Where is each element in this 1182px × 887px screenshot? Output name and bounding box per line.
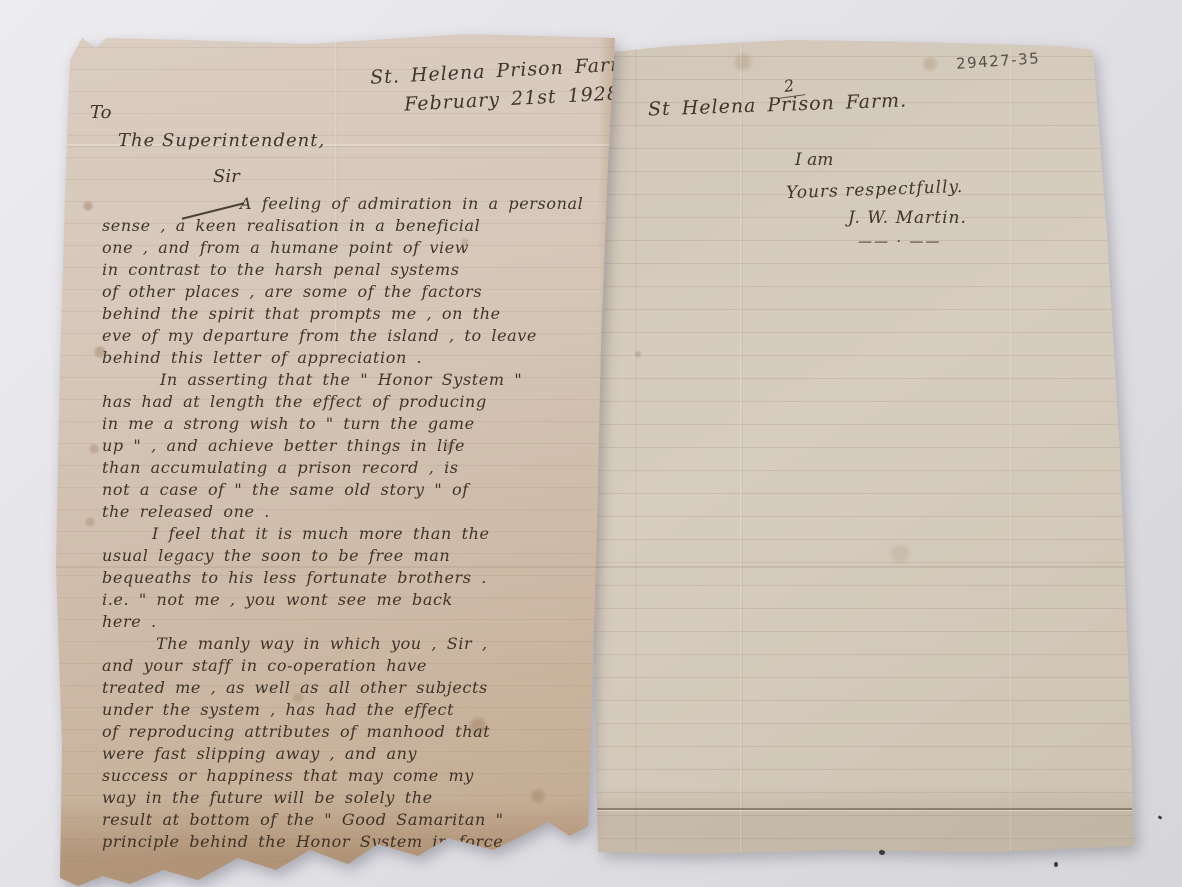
page-2-vertical-crease-1 — [740, 34, 743, 856]
handwritten-line: success or happiness that may come my — [102, 766, 602, 788]
handwritten-line: The manly way in which you , Sir , — [102, 634, 602, 656]
letter-body: A feeling of admiration in a personalsen… — [102, 194, 602, 854]
letter-page-1: St. Helena Prison Farm February 21st 192… — [48, 26, 620, 887]
handwritten-line: in me a strong wish to " turn the game — [102, 414, 602, 436]
letterhead-date: February 21st 1928 — [404, 82, 621, 115]
handwritten-line: under the system , has had the effect — [102, 700, 602, 722]
salutation: Sir — [213, 166, 240, 187]
handwritten-line: one , and from a humane point of view — [102, 238, 602, 260]
handwritten-line: and your staff in co-operation have — [102, 656, 602, 678]
handwritten-line: principle behind the Honor System in for… — [102, 832, 602, 854]
paragraph-1: A feeling of admiration in a personalsen… — [102, 194, 602, 370]
archive-reference-number: 29427-35 — [955, 49, 1040, 73]
handwritten-line: behind the spirit that prompts me , on t… — [102, 304, 602, 326]
paragraph-3: I feel that it is much more than theusua… — [102, 524, 602, 634]
handwritten-line: of reproducing attributes of manhood tha… — [102, 722, 602, 744]
handwritten-line: A feeling of admiration in a personal — [102, 194, 602, 216]
page-2-vertical-crease-3 — [635, 34, 637, 856]
recipient-line: The Superintendent, — [118, 130, 325, 151]
handwritten-line: than accumulating a prison record , is — [102, 458, 602, 480]
handwritten-line: the released one . — [102, 502, 602, 524]
paragraph-4: The manly way in which you , Sir ,and yo… — [102, 634, 602, 854]
handwritten-line: of other places , are some of the factor… — [102, 282, 602, 304]
signature: J. W. Martin. — [848, 208, 967, 228]
handwritten-line: i.e. " not me , you wont see me back — [102, 590, 602, 612]
document-photo: St. Helena Prison Farm February 21st 192… — [0, 0, 1182, 887]
handwritten-line: has had at length the effect of producin… — [102, 392, 602, 414]
closing-line-2: Yours respectfully. — [786, 177, 964, 203]
handwritten-line: bequeaths to his less fortunate brothers… — [102, 568, 602, 590]
handwritten-line: sense , a keen realisation in a benefici… — [102, 216, 602, 238]
handwritten-line: in contrast to the harsh penal systems — [102, 260, 602, 282]
ink-speck — [1053, 862, 1058, 868]
handwritten-line: eve of my departure from the island , to… — [102, 326, 602, 348]
page-2-letterhead: St Helena Prison Farm. — [648, 89, 908, 120]
letter-page-2: 29427-35 2 St Helena Prison Farm. I am Y… — [590, 34, 1140, 856]
handwritten-line: In asserting that the " Honor System " — [102, 370, 602, 392]
page-1-paper: St. Helena Prison Farm February 21st 192… — [48, 26, 620, 887]
ink-speck — [1158, 815, 1163, 820]
handwritten-line: usual legacy the soon to be free man — [102, 546, 602, 568]
page-2-vertical-crease-2 — [1010, 34, 1013, 856]
page-2-paper: 29427-35 2 St Helena Prison Farm. I am Y… — [590, 34, 1140, 856]
closing-line-1: I am — [795, 150, 833, 170]
page-2-fold-line-bottom — [594, 808, 1132, 810]
handwritten-line: were fast slipping away , and any — [102, 744, 602, 766]
page-2-horizontal-crease-mid — [594, 566, 1128, 568]
handwritten-line: up " , and achieve better things in life — [102, 436, 602, 458]
paragraph-2: In asserting that the " Honor System "ha… — [102, 370, 602, 524]
handwritten-line: behind this letter of appreciation . — [102, 348, 602, 370]
handwritten-line: I feel that it is much more than the — [102, 524, 602, 546]
signature-flourish: —— · —— — [858, 234, 941, 250]
handwritten-line: treated me , as well as all other subjec… — [102, 678, 602, 700]
handwritten-line: result at bottom of the " Good Samaritan… — [102, 810, 602, 832]
handwritten-line: not a case of " the same old story " of — [102, 480, 602, 502]
handwritten-line: way in the future will be solely the — [102, 788, 602, 810]
to-label: To — [90, 102, 111, 123]
handwritten-line: here . — [102, 612, 602, 634]
